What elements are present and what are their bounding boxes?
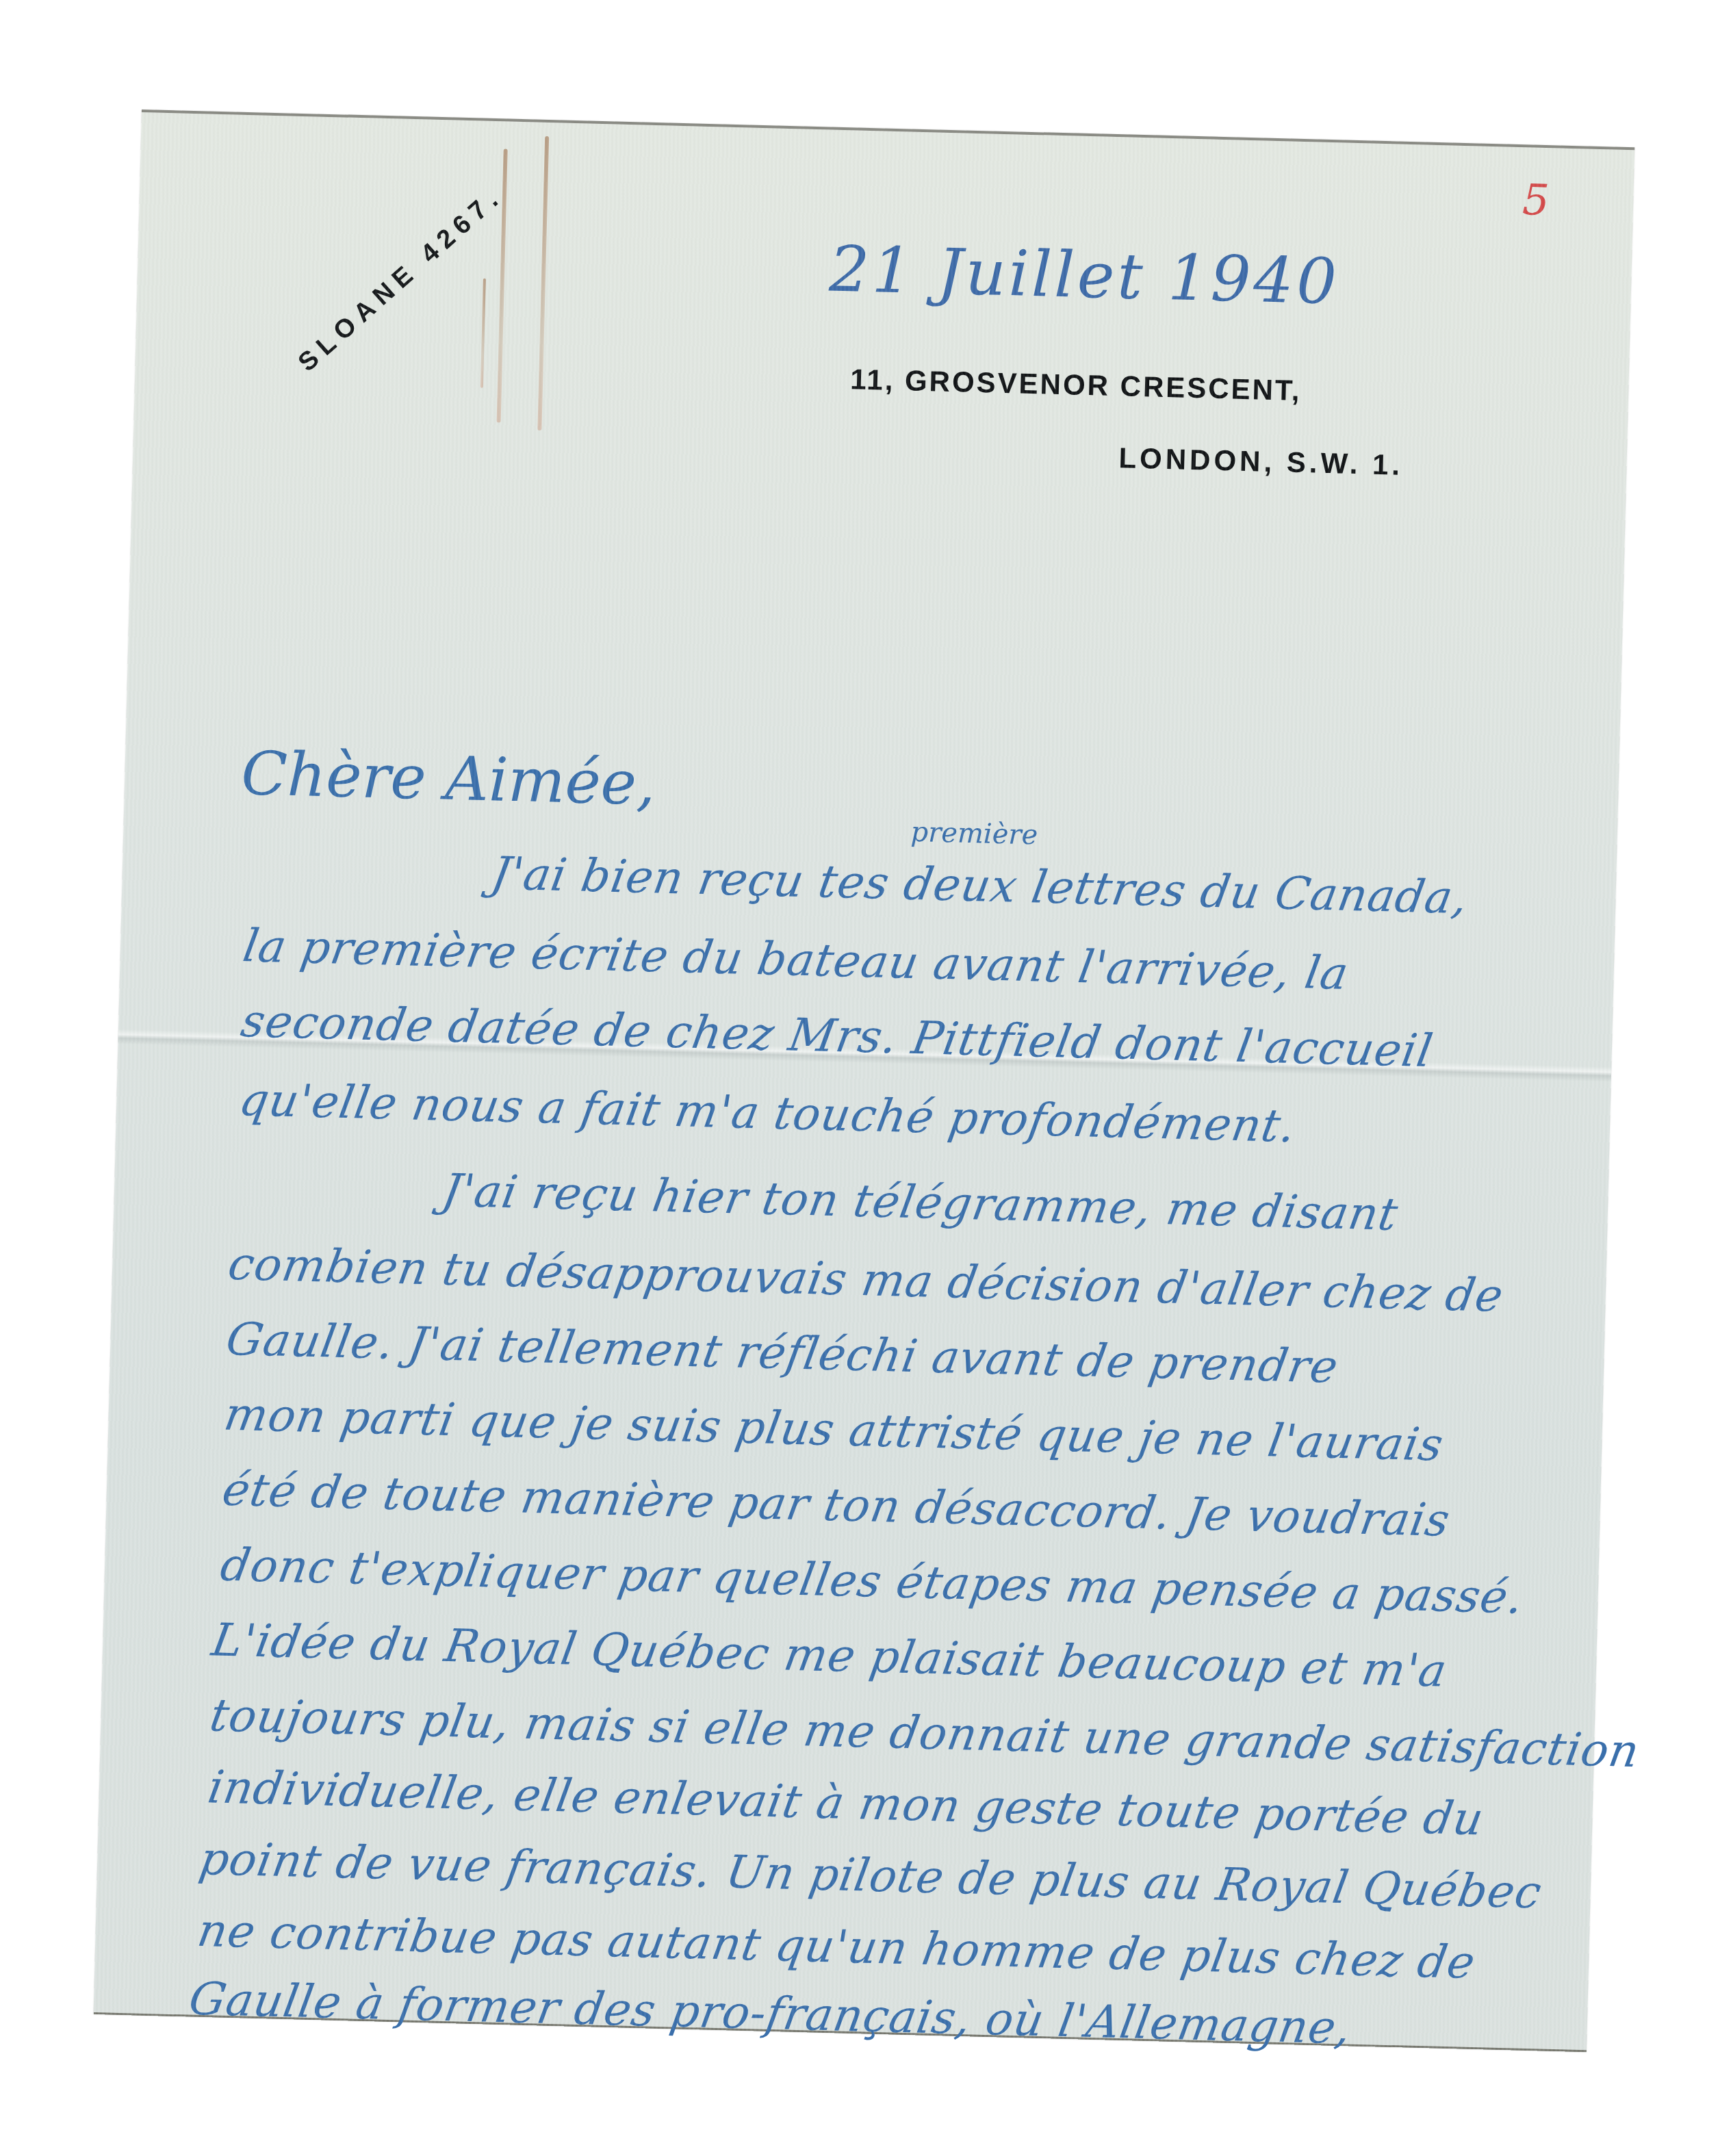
letterhead-address-line1: 11, GROSVENOR CRESCENT, [850, 363, 1302, 407]
body-line: été de toute manière par ton désaccord. … [219, 1463, 1454, 1547]
body-line: J'ai reçu hier ton télégramme, me disant [439, 1164, 1402, 1241]
body-line: seconde datée de chez Mrs. Pittfield don… [238, 994, 1437, 1077]
body-line: la première écrite du bateau avant l'arr… [240, 919, 1352, 1000]
page-number: 5 [1522, 175, 1550, 225]
body-line: qu'elle nous a fait m'a touché profondém… [235, 1073, 1300, 1153]
body-line: point de vue français. Un pilote de plus… [196, 1832, 1545, 1918]
body-line: L'idée du Royal Québec me plaisait beauc… [208, 1613, 1451, 1697]
body-line: J'ai bien reçu tes deux lettres du Canad… [488, 847, 1472, 924]
body-line: Gaulle à former des pro-français, où l'A… [185, 1973, 1355, 2055]
body-line: Gaulle. J'ai tellement réfléchi avant de… [222, 1313, 1342, 1394]
interlinear-insertion: première [910, 817, 1038, 851]
letter-date: 21 Juillet 1940 [828, 233, 1340, 319]
letter-page: 5 SLOANE 4267. 21 Juillet 1940 11, GROSV… [94, 110, 1635, 2052]
fold-crease-vertical [497, 149, 508, 422]
body-line: toujours plu, mais si elle me donnait un… [206, 1689, 1643, 1778]
body-line: individuelle, elle enlevait à mon geste … [205, 1760, 1488, 1845]
fold-crease-vertical [537, 136, 549, 431]
body-line: ne contribue pas autant qu'un homme de p… [194, 1904, 1479, 1989]
stain-mark [480, 279, 486, 388]
body-line: donc t'expliquer par quelles étapes ma p… [217, 1539, 1528, 1624]
body-line: mon parti que je suis plus attristé que … [220, 1388, 1447, 1472]
body-line: combien tu désapprouvais ma décision d'a… [224, 1237, 1507, 1322]
letterhead-phone: SLOANE 4267. [293, 181, 509, 378]
letterhead-address-line2: LONDON, S.W. 1. [1118, 441, 1404, 482]
salutation: Chère Aimée, [240, 738, 656, 819]
